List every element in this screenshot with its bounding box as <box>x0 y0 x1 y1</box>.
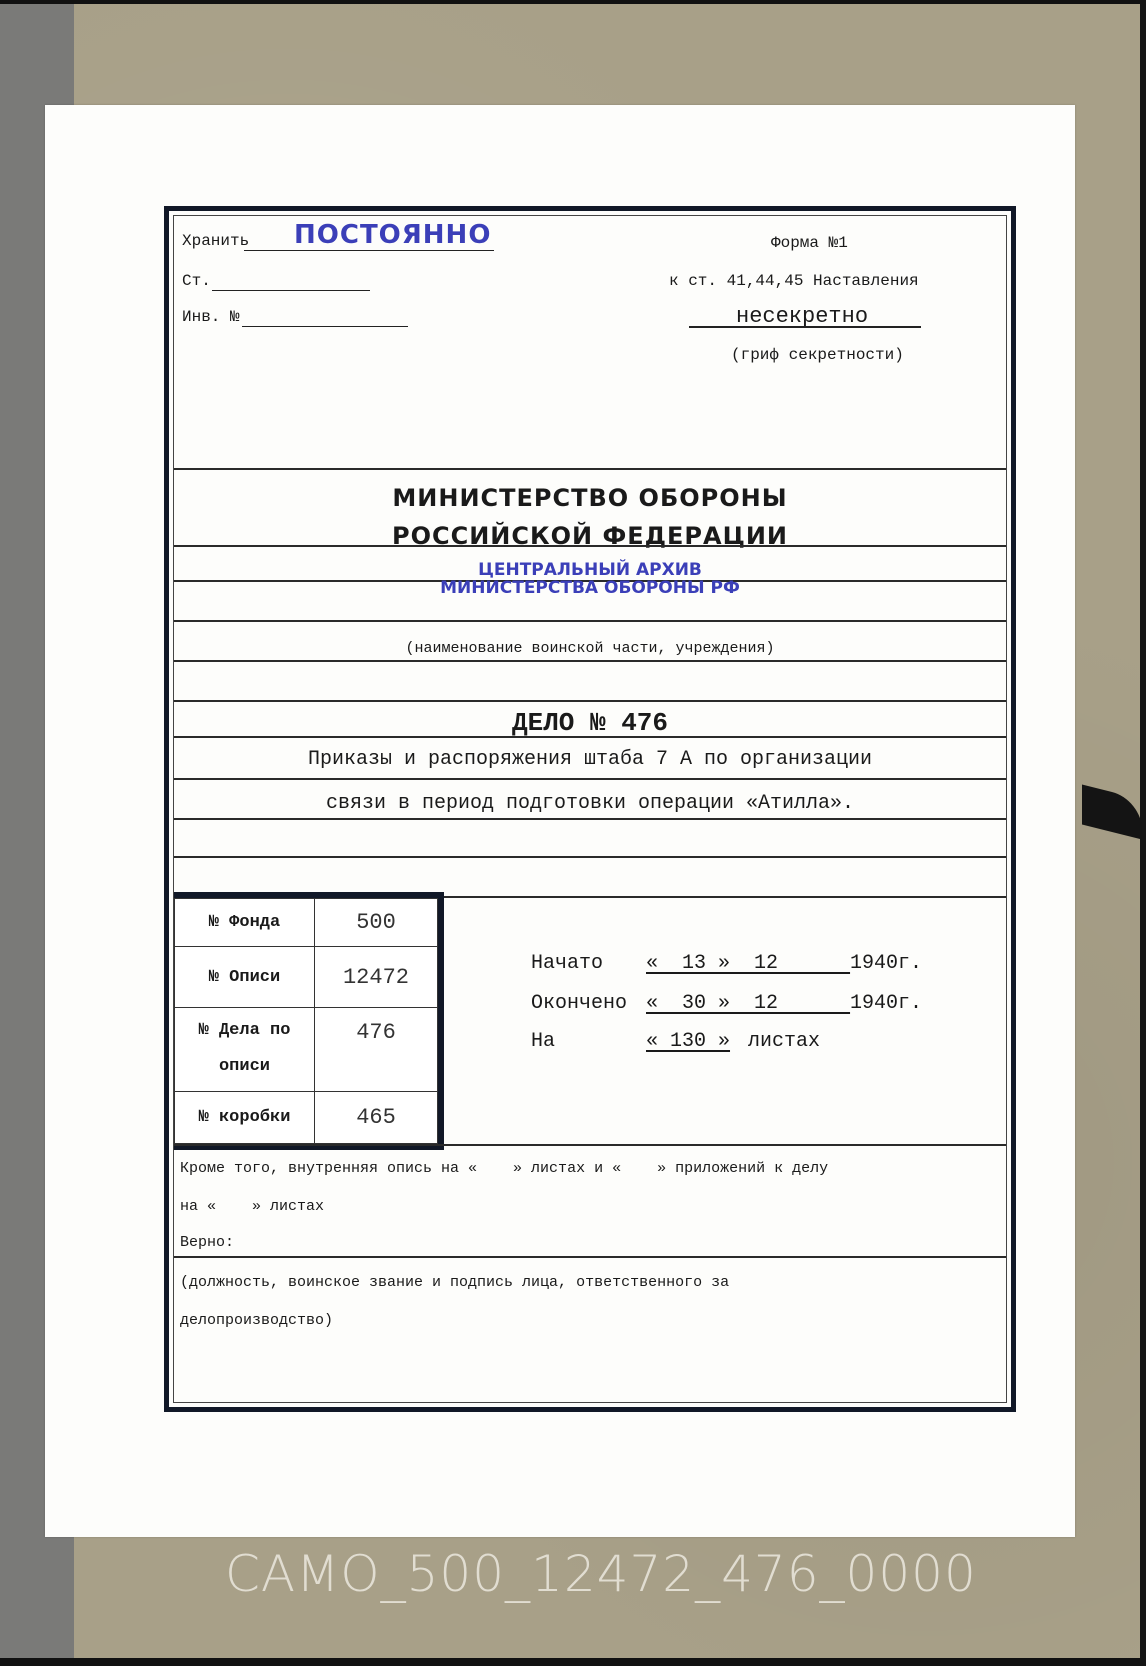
sheets-value: « 130 » <box>646 1030 730 1053</box>
secrecy-caption: (гриф секретности) <box>731 346 904 364</box>
box-label: № коробки <box>175 1091 315 1143</box>
keep-stamp: ПОСТОЯННО <box>294 220 491 250</box>
table-row: № коробки 465 <box>175 1091 438 1143</box>
delo-value: 476 <box>315 1007 438 1091</box>
fond-label: № Фонда <box>175 899 315 947</box>
ended-year: 1940г. <box>850 992 922 1015</box>
form-number: Форма №1 <box>771 234 848 252</box>
archive-table: № Фонда 500 № Описи 12472 № Дела по опис… <box>174 892 444 1150</box>
started-label: Начато <box>531 952 603 975</box>
image-watermark: CAMO_500_12472_476_0000 <box>225 1545 945 1603</box>
box-value: 465 <box>315 1091 438 1143</box>
st-label: Ст. <box>182 272 211 290</box>
scan-edge-bottom <box>0 1658 1146 1666</box>
certified-label: Верно: <box>180 1234 234 1251</box>
sheets-label: На <box>531 1030 555 1053</box>
unit-caption: (наименование воинской части, учреждения… <box>174 640 1006 657</box>
started-value: « 13 » 12 <box>646 952 850 975</box>
sheets-suffix: листах <box>748 1030 820 1053</box>
scan-edge-top <box>0 0 1146 4</box>
inventory-note-line2: на « » листах <box>180 1198 324 1215</box>
started-year: 1940г. <box>850 952 922 975</box>
case-description-line1: Приказы и распоряжения штаба 7 А по орга… <box>174 748 1006 771</box>
table-row: № Дела по описи 476 <box>175 1007 438 1091</box>
table-row: № Описи 12472 <box>175 947 438 1008</box>
ended-label: Окончено <box>531 992 627 1015</box>
inv-label: Инв. № <box>182 308 240 326</box>
ministry-line1: МИНИСТЕРСТВО ОБОРОНЫ <box>174 484 1006 512</box>
responsible-caption-line1: (должность, воинское звание и подпись ли… <box>180 1274 729 1291</box>
keep-label: Хранить <box>182 232 249 250</box>
table-row: № Фонда 500 <box>175 899 438 947</box>
archive-stamp-line1: ЦЕНТРАЛЬНЫЙ АРХИВ <box>174 560 1006 580</box>
fond-value: 500 <box>315 899 438 947</box>
responsible-caption-line2: делопроизводство) <box>180 1312 333 1329</box>
opis-label: № Описи <box>175 947 315 1008</box>
case-title: ДЕЛО № 476 <box>174 708 1006 738</box>
case-description-line2: связи в период подготовки операции «Атил… <box>174 792 1006 815</box>
inventory-note-line1: Кроме того, внутренняя опись на « » лист… <box>180 1160 828 1177</box>
archive-stamp-line2: МИНИСТЕРСТВА ОБОРОНЫ РФ <box>174 578 1006 598</box>
form-frame: Хранить ПОСТОЯННО Ст. Инв. № Форма №1 к … <box>164 206 1016 1412</box>
form-reference: к ст. 41,44,45 Наставления <box>669 272 919 290</box>
ended-value: « 30 » 12 <box>646 992 850 1015</box>
delo-label: № Дела по описи <box>175 1007 315 1091</box>
opis-value: 12472 <box>315 947 438 1008</box>
